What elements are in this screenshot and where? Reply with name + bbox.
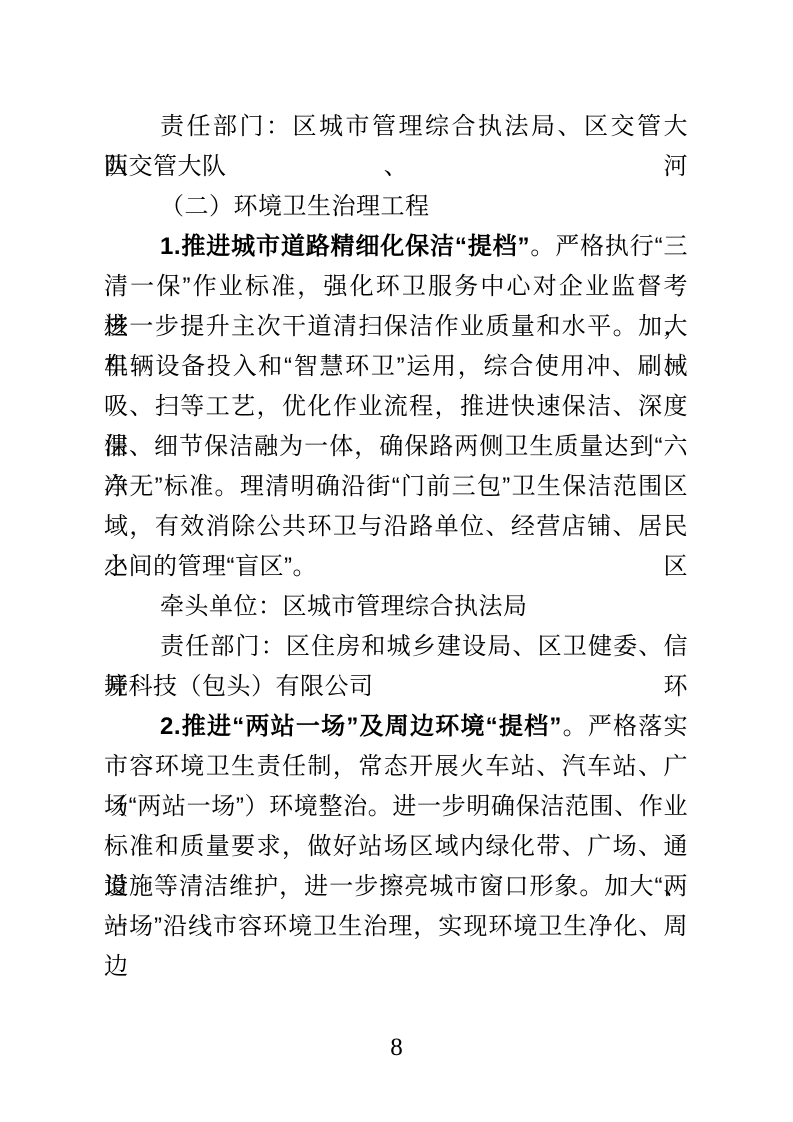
text-run: 西交管大队 <box>104 153 227 180</box>
text-line: （二）环境卫生治理工程 <box>104 187 688 227</box>
text-run: 一场”沿线市容环境卫生治理，实现环境卫生净化、周边 <box>104 913 688 980</box>
text-line: 六无”标准。理清明确沿街“门前三包”卫生保洁范围区 <box>104 467 688 507</box>
document-page: 责任部门：区城市管理综合执法局、区交管大队、河西交管大队（二）环境卫生治理工程1… <box>0 0 793 1122</box>
bold-text-run: 1.推进城市道路精细化保洁“提档” <box>160 233 530 260</box>
text-line: 域，有效消除公共环卫与沿路单位、经营店铺、居民小区 <box>104 507 688 547</box>
text-line: 清一保”作业标准，强化环卫服务中心对企业监督考核， <box>104 267 688 307</box>
page-number: 8 <box>0 1034 793 1062</box>
text-run: 车辆设备投入和“智慧环卫”运用，综合使用冲、刷、 <box>104 353 688 380</box>
text-run: （“两站一场”）环境整治。进一步明确保洁范围、作业 <box>104 793 688 820</box>
text-line: 车辆设备投入和“智慧环卫”运用，综合使用冲、刷、 <box>104 347 688 387</box>
document-text-block: 责任部门：区城市管理综合执法局、区交管大队、河西交管大队（二）环境卫生治理工程1… <box>104 107 688 947</box>
text-run: 。严格执行“三 <box>530 233 688 260</box>
text-run: 之间的管理“盲区”。 <box>104 553 317 580</box>
text-line: 市容环境卫生责任制，常态开展火车站、汽车站、广场 <box>104 747 688 787</box>
text-line: 标准和质量要求，做好站场区域内绿化带、广场、通道、 <box>104 827 688 867</box>
text-line: 1.推进城市道路精细化保洁“提档”。严格执行“三 <box>104 227 688 267</box>
text-line: 2.推进“两站一场”及周边环境“提档”。严格落实 <box>104 707 688 747</box>
text-line: 牵头单位：区城市管理综合执法局 <box>104 587 688 627</box>
text-line: 一场”沿线市容环境卫生治理，实现环境卫生净化、周边 <box>104 907 688 947</box>
text-line: 进一步提升主次干道清扫保洁作业质量和水平。加大机械 <box>104 307 688 347</box>
text-line: 责任部门：区城市管理综合执法局、区交管大队、河 <box>104 107 688 147</box>
text-line: 设施等清洁维护，进一步擦亮城市窗口形象。加大“两站 <box>104 867 688 907</box>
bold-text-run: 2.推进“两站一场”及周边环境“提档” <box>160 713 562 740</box>
text-line: 洁、细节保洁融为一体，确保路两侧卫生质量达到“六净 <box>104 427 688 467</box>
text-run: 境科技（包头）有限公司 <box>104 673 374 700</box>
text-run: 六无”标准。理清明确沿街“门前三包”卫生保洁范围区 <box>104 473 688 500</box>
text-line: 责任部门：区住房和城乡建设局、区卫健委、信开环 <box>104 627 688 667</box>
text-run: 。严格落实 <box>562 713 688 740</box>
text-run: （二）环境卫生治理工程 <box>160 193 430 220</box>
text-run: 牵头单位：区城市管理综合执法局 <box>160 593 528 620</box>
text-line: （“两站一场”）环境整治。进一步明确保洁范围、作业 <box>104 787 688 827</box>
text-line: 吸、扫等工艺，优化作业流程，推进快速保洁、深度保 <box>104 387 688 427</box>
